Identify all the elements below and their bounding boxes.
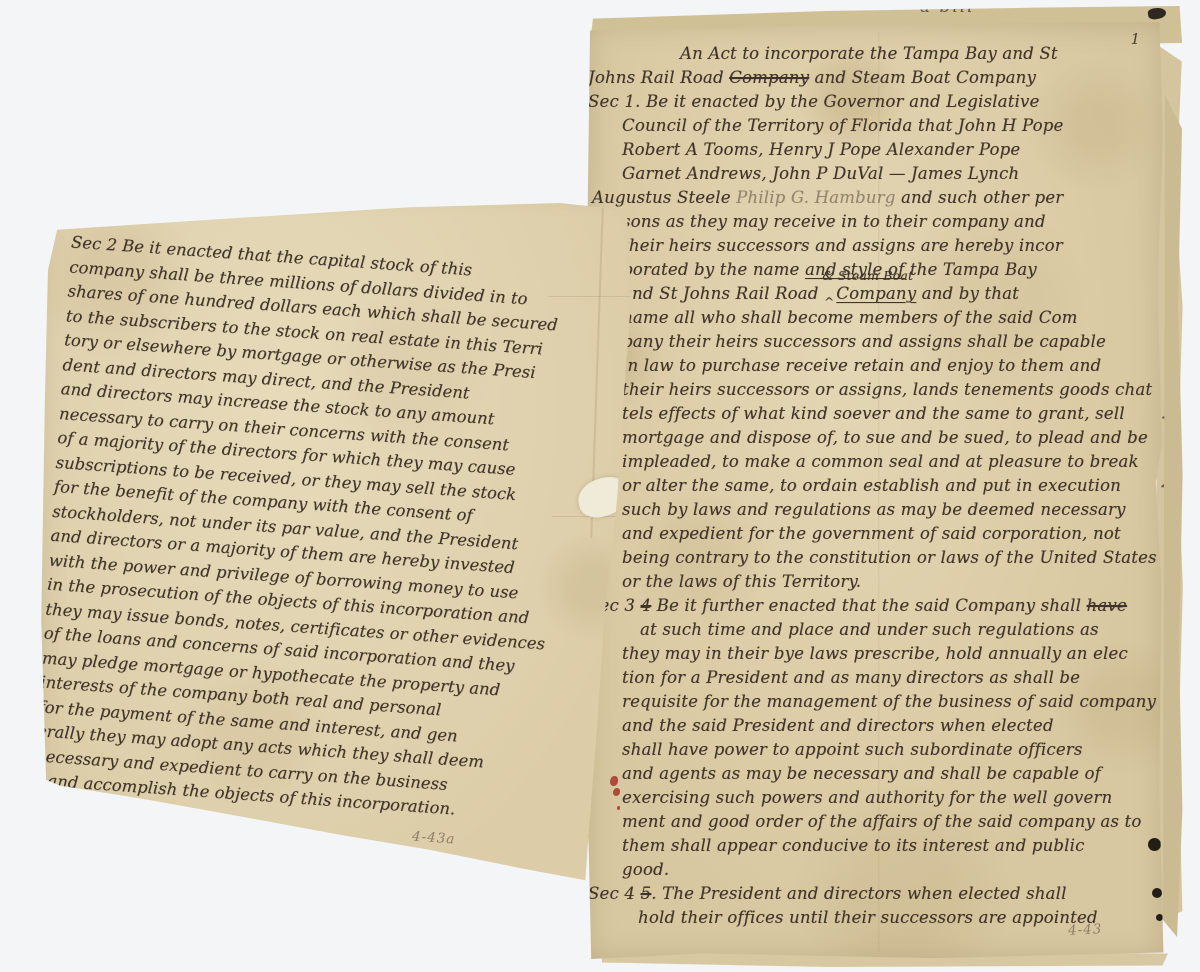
text-segment: and Steam Boat Company	[809, 68, 1036, 87]
manuscript-line: pany their heirs successors and assigns …	[588, 330, 1154, 354]
manuscript-line: sons as they may receive in to their com…	[588, 210, 1154, 234]
text-segment: the Tampa Bay	[904, 260, 1036, 279]
stacked-sheet-edge	[1163, 95, 1183, 937]
manuscript-line: or the laws of this Territory.	[588, 570, 1154, 594]
text-segment: hold their offices until their successor…	[638, 908, 1098, 927]
manuscript-line: and agents as may be necessary and shall…	[588, 762, 1154, 786]
catalog-number-pencil: 4-43a	[411, 829, 455, 848]
text-segment: good.	[622, 860, 669, 879]
manuscript-line: and expedient for the government of said…	[588, 522, 1154, 546]
text-segment: or alter the same, to ordain establish a…	[622, 476, 1121, 495]
text-segment: Garnet Andrews, John P DuVal — James Lyn…	[622, 164, 1019, 183]
handwritten-text-block: An Act to incorporate the Tampa Bay and …	[588, 42, 1154, 930]
text-segment: name all who shall become members of the…	[622, 308, 1078, 327]
manuscript-line: Augustus Steele Philip G. Hamburg and su…	[588, 186, 1154, 210]
ink-blot	[1152, 888, 1162, 898]
manuscript-line: their heirs successors or assigns, lands…	[588, 378, 1154, 402]
manuscript-line: Sec 1. Be it enacted by the Governor and…	[588, 90, 1154, 114]
interlined-insertion: & Steam Boat	[822, 264, 913, 288]
manuscript-line: and St Johns Rail Road ^& Steam BoatComp…	[588, 282, 1154, 306]
manuscript-line: being contrary to the constitution or la…	[588, 546, 1154, 570]
text-segment: such by laws and regulations as may be d…	[622, 500, 1126, 519]
ink-blot	[1147, 7, 1166, 20]
manuscript-line: or alter the same, to ordain establish a…	[588, 474, 1154, 498]
text-segment: . The President and directors when elect…	[651, 884, 1066, 903]
manuscript-line: them shall appear conducive to its inter…	[588, 834, 1154, 858]
manuscript-line: tels effects of what kind soever and the…	[588, 402, 1154, 426]
manuscript-line: Robert A Tooms, Henry J Pope Alexander P…	[588, 138, 1154, 162]
text-segment: mortgage and dispose of, to sue and be s…	[622, 428, 1148, 447]
text-segment-strike: have	[1087, 596, 1127, 615]
text-segment-faint: Philip G. Hamburg	[736, 188, 895, 207]
text-segment: Sec 4	[588, 884, 641, 903]
manuscript-page-right: 1 An Act to incorporate the Tampa Bay an…	[586, 22, 1164, 960]
document-scan: a bill 1 An Act to incorporate the Tampa…	[0, 0, 1200, 972]
text-segment: An Act to incorporate the Tampa Bay and …	[680, 44, 1058, 63]
text-segment: and such other per	[896, 188, 1064, 207]
text-segment: requisite for the management of the busi…	[622, 692, 1156, 711]
text-segment: Augustus Steele	[592, 188, 736, 207]
text-segment: impleaded, to make a common seal and at …	[622, 452, 1139, 471]
back-sheet-text-fragment: a bill	[920, 6, 975, 17]
manuscript-line: Sec 4 5. The President and directors whe…	[588, 882, 1154, 906]
manuscript-line: ment and good order of the affairs of th…	[588, 810, 1154, 834]
text-segment: exercising such powers and authority for…	[622, 788, 1112, 807]
manuscript-line: they may in their bye laws prescribe, ho…	[588, 642, 1154, 666]
text-segment: in law to purchase receive retain and en…	[622, 356, 1101, 375]
manuscript-line: mortgage and dispose of, to sue and be s…	[588, 426, 1154, 450]
manuscript-line: and the said President and directors whe…	[588, 714, 1154, 738]
manuscript-line: Johns Rail Road Company and Steam Boat C…	[588, 66, 1154, 90]
text-segment: and St Johns Rail Road	[622, 284, 824, 303]
text-segment: pany their heirs successors and assigns …	[622, 332, 1106, 351]
text-segment: they may in their bye laws prescribe, ho…	[622, 644, 1128, 663]
manuscript-line: name all who shall become members of the…	[588, 306, 1154, 330]
text-segment: ment and good order of the affairs of th…	[622, 812, 1142, 831]
manuscript-line: Council of the Territory of Florida that…	[588, 114, 1154, 138]
manuscript-line: shall have power to appoint such subordi…	[588, 738, 1154, 762]
text-segment: their heirs successors and assigns are h…	[622, 236, 1063, 255]
ink-blot	[1156, 914, 1163, 921]
ink-blot	[1148, 838, 1161, 851]
handwritten-text-block: Sec 2 Be it enacted that the capital sto…	[27, 230, 643, 832]
manuscript-line: good.	[588, 858, 1154, 882]
manuscript-line: tion for a President and as many directo…	[588, 666, 1154, 690]
manuscript-line: requisite for the management of the busi…	[588, 690, 1154, 714]
text-segment-caret: ^	[824, 290, 834, 314]
manuscript-line: Garnet Andrews, John P DuVal — James Lyn…	[588, 162, 1154, 186]
manuscript-line: impleaded, to make a common seal and at …	[588, 450, 1154, 474]
text-segment-strike: Company	[729, 68, 809, 87]
manuscript-line: such by laws and regulations as may be d…	[588, 498, 1154, 522]
manuscript-line: in law to purchase receive retain and en…	[588, 354, 1154, 378]
text-segment: tion for a President and as many directo…	[622, 668, 1080, 687]
text-segment: sons as they may receive in to their com…	[622, 212, 1046, 231]
text-segment: Council of the Territory of Florida that…	[622, 116, 1063, 135]
manuscript-line: their heirs successors and assigns are h…	[588, 234, 1154, 258]
text-segment: and the said President and directors whe…	[622, 716, 1054, 735]
text-segment-strike: 4	[641, 596, 652, 615]
manuscript-line: An Act to incorporate the Tampa Bay and …	[588, 42, 1154, 66]
manuscript-line: at such time and place and under such re…	[588, 618, 1154, 642]
text-segment: Be it further enacted that the said Comp…	[651, 596, 1086, 615]
text-segment: them shall appear conducive to its inter…	[622, 836, 1085, 855]
text-segment: at such time and place and under such re…	[640, 620, 1099, 639]
text-segment: their heirs successors or assigns, lands…	[622, 380, 1152, 399]
text-segment: being contrary to the constitution or la…	[622, 548, 1157, 567]
manuscript-line: exercising such powers and authority for…	[588, 786, 1154, 810]
text-segment-strike: 5	[641, 884, 652, 903]
catalog-number-pencil: 4-43	[1067, 921, 1102, 939]
text-segment: shall have power to appoint such subordi…	[622, 740, 1083, 759]
text-segment: and by that	[916, 284, 1019, 303]
manuscript-page-left: Sec 2 Be it enacted that the capital sto…	[40, 190, 652, 912]
text-segment: and agents as may be necessary and shall…	[622, 764, 1101, 783]
text-segment: Johns Rail Road	[588, 68, 729, 87]
text-segment: Robert A Tooms, Henry J Pope Alexander P…	[622, 140, 1020, 159]
text-segment: tels effects of what kind soever and the…	[622, 404, 1125, 423]
text-segment: or the laws of this Territory.	[622, 572, 861, 591]
text-segment: Sec 1. Be it enacted by the Governor and…	[588, 92, 1040, 111]
text-segment: and expedient for the government of said…	[622, 524, 1121, 543]
text-segment: porated by the name	[622, 260, 805, 279]
manuscript-line: Sec 3 4 Be it further enacted that the s…	[588, 594, 1154, 618]
